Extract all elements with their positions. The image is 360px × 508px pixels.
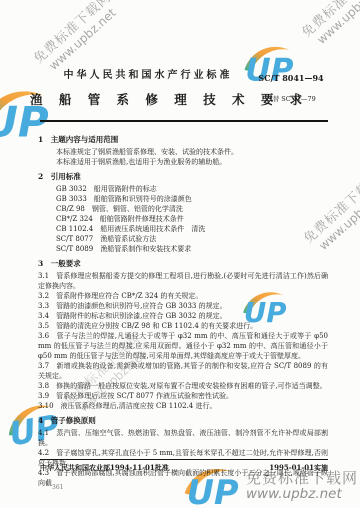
section-2-heading: 2 引用标准 (38, 172, 328, 182)
document-title: 渔 船 管 系 修 理 技 术 要 求 (30, 90, 266, 108)
section-4-heading: 4 管子修换原则 (38, 416, 328, 426)
approval-note: 中华人民共和国农业部1994-11-01批准 (40, 463, 169, 473)
page-number: 361 (52, 484, 63, 491)
document-page: 免费标准下载网 www.upbz.net 免费标准下载网 www.upbz.ne… (0, 0, 360, 508)
watermark-site-url: www.upbz.net (246, 487, 358, 502)
replaces-note: 代替 SC 41—79 (248, 94, 334, 103)
clause: 3.5 管路的清洗应分别按 CB/Z 98 和 CB 1102.4 的有关要求进… (38, 321, 328, 331)
clause: 3.3 管路的油漆颜色和识别符号,应符合 GB 3033 的规定。 (38, 301, 328, 311)
clause: 3.1 管系修理应根据船委方提交的修理工程项目,进行勘验,(必要时可先进行清洁工… (38, 271, 328, 291)
watermark-site-url: www.upbz.net (294, 0, 360, 66)
clause: 3.7 新增或换装的设备,需新换或增加的管路,其管子的制作和安装,应符合 SC/… (38, 361, 328, 381)
clause: 3.9 管系经修理后,应按 SC/T 8077 作液压试验和密性试验。 (38, 391, 328, 401)
document-body: 1 主题内容与适用范围 本标准规定了钢质渔船管系修理、安装、试验的技术条件。 本… (38, 130, 328, 488)
reference-item: CB/Z 98 钢管、铜管、铝管的化学清洗 (38, 204, 328, 214)
paragraph: 本标准适用于钢质渔船,也适用于为渔业服务的辅助船。 (38, 157, 328, 167)
reference-item: SC/T 8077 渔船管系试验方法 (38, 234, 328, 244)
section-3-heading: 3 一般要求 (38, 259, 328, 269)
reference-item: GB 3032 船用管路附件的标志 (38, 184, 328, 194)
clause: 3.4 管路附件的标志和识别涂漆,应符合 GB 3032 的规定。 (38, 311, 328, 321)
reference-item: CB 1102.4 船用液压系统通用技术条件 清洗 (38, 224, 328, 234)
section-1-heading: 1 主题内容与适用范围 (38, 135, 328, 145)
footer-rule (40, 459, 328, 460)
implementation-date: 1995-01-01实施 (269, 463, 328, 473)
clause: 3.10 液压管系经修理后,清洁度应按 CB 1102.4 进行。 (38, 401, 328, 411)
paragraph: 本标准规定了钢质渔船管系修理、安装、试验的技术条件。 (38, 147, 328, 157)
clause: 3.2 管系附件修理应符合 CB*/Z 324 的有关规定。 (38, 291, 328, 301)
watermark-site-name: 免费标准下载网 (284, 0, 360, 56)
standard-number: SC/T 8041—94 (248, 73, 334, 83)
header-rule (40, 120, 328, 122)
reference-item: GB 3033 船舶管路和识别符号的涂漆颜色 (38, 194, 328, 204)
clause: 3.6 管子与法兰的焊接,凡通径大于或等于 φ32 mm 的中、高压管和通径大于… (38, 331, 328, 361)
reference-item: SC/T 8089 渔船管系制作和安装技术要求 (38, 244, 328, 254)
watermark-text: 免费标准下载网 www.upbz.net (284, 0, 360, 66)
reference-item: CB*/Z 324 船舶管路附件修理技术条件 (38, 214, 328, 224)
clause: 3.8 修换的管路一般应按原位安装,对原布置不合理或安装检修有困难的管子,可作适… (38, 381, 328, 391)
standard-organization: 中华人民共和国水产行业标准 (30, 66, 266, 81)
clause: 4.1 蒸汽管、压缩空气管、热燃油管、加热盘管、液压油管、制冷剂管不允许补焊或局… (38, 428, 328, 448)
